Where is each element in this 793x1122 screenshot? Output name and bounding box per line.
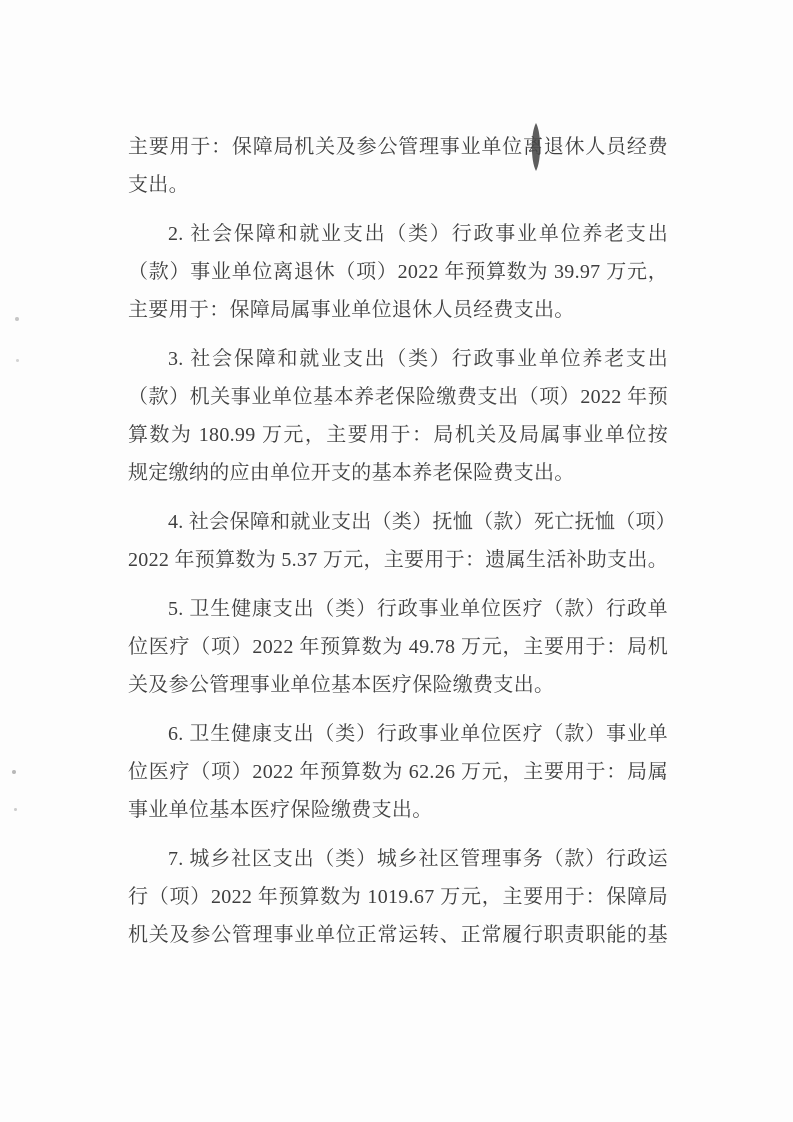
text-line: 7. 城乡社区支出（类）城乡社区管理事务（款）行政运 [128,840,668,878]
text-line: 位医疗（项）2022 年预算数为 49.78 万元，主要用于：局机 [128,628,668,666]
scan-speck-artifact [16,359,19,362]
text-column: 主要用于：保障局机关及参公管理事业单位离退休人员经费支出。2. 社会保障和就业支… [128,128,668,954]
text-line: 算数为 180.99 万元，主要用于：局机关及局属事业单位按 [128,416,668,454]
text-line: 事业单位基本医疗保险缴费支出。 [128,791,668,829]
text-line: 3. 社会保障和就业支出（类）行政事业单位养老支出 [128,340,668,378]
text-line: 2022 年预算数为 5.37 万元，主要用于：遗属生活补助支出。 [128,541,668,579]
text-line: 主要用于：保障局属事业单位退休人员经费支出。 [128,291,668,329]
text-line: 支出。 [128,166,668,204]
text-line: 关及参公管理事业单位基本医疗保险缴费支出。 [128,666,668,704]
text-line: 2. 社会保障和就业支出（类）行政事业单位养老支出 [128,215,668,253]
text-line: 机关及参公管理事业单位正常运转、正常履行职责职能的基 [128,916,668,954]
paragraph: 5. 卫生健康支出（类）行政事业单位医疗（款）行政单位医疗（项）2022 年预算… [128,590,668,704]
paragraph: 主要用于：保障局机关及参公管理事业单位离退休人员经费支出。 [128,128,668,204]
text-line: 位医疗（项）2022 年预算数为 62.26 万元，主要用于：局属 [128,753,668,791]
paragraph: 3. 社会保障和就业支出（类）行政事业单位养老支出（款）机关事业单位基本养老保险… [128,340,668,492]
paragraph: 6. 卫生健康支出（类）行政事业单位医疗（款）事业单位医疗（项）2022 年预算… [128,715,668,829]
text-line: （款）机关事业单位基本养老保险缴费支出（项）2022 年预 [128,378,668,416]
paragraph: 2. 社会保障和就业支出（类）行政事业单位养老支出（款）事业单位离退休（项）20… [128,215,668,329]
scan-speck-artifact [15,317,19,321]
scan-speck-artifact [14,808,17,811]
text-line: 主要用于：保障局机关及参公管理事业单位离退休人员经费 [128,128,668,166]
text-line: 5. 卫生健康支出（类）行政事业单位医疗（款）行政单 [128,590,668,628]
document-page: 主要用于：保障局机关及参公管理事业单位离退休人员经费支出。2. 社会保障和就业支… [0,0,793,1122]
scan-speck-artifact [12,770,16,774]
text-line: 规定缴纳的应由单位开支的基本养老保险费支出。 [128,454,668,492]
paragraph: 7. 城乡社区支出（类）城乡社区管理事务（款）行政运行（项）2022 年预算数为… [128,840,668,954]
paragraph: 4. 社会保障和就业支出（类）抚恤（款）死亡抚恤（项）2022 年预算数为 5.… [128,503,668,579]
text-line: 行（项）2022 年预算数为 1019.67 万元，主要用于：保障局 [128,878,668,916]
text-line: （款）事业单位离退休（项）2022 年预算数为 39.97 万元， [128,253,668,291]
text-line: 6. 卫生健康支出（类）行政事业单位医疗（款）事业单 [128,715,668,753]
text-line: 4. 社会保障和就业支出（类）抚恤（款）死亡抚恤（项） [128,503,668,541]
